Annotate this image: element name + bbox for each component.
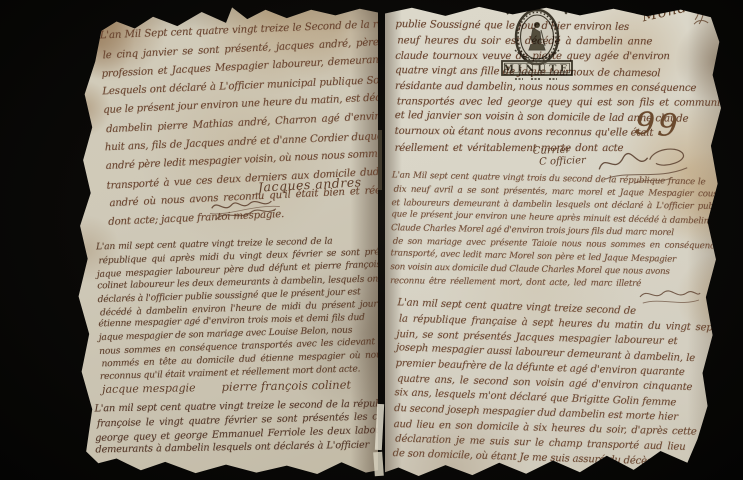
death-record-entry-2: L'an mil sept cent quatre vingt treize l…: [96, 234, 378, 384]
right-page: Mond publie Soussigné que le jour d'hier…: [385, 4, 721, 477]
folio-number: 99: [634, 105, 682, 144]
signature-jacque-mespagie: jacque mespagie: [102, 381, 196, 396]
signature-pierre-francois-colinet: pierre françois colinet: [221, 378, 351, 394]
officer-signature: Currier C officier: [533, 144, 586, 168]
stamp-label: MINUTE: [503, 64, 570, 75]
gutter-shadow: [378, 130, 382, 190]
torn-page-fragment: [375, 404, 384, 450]
death-record-entry-3: L'an mil sept cent quatre vingt treize l…: [94, 397, 377, 459]
manuscript-line: demeurants à dambelin lesquels ont décla…: [95, 439, 377, 458]
officer-signature-title: C officier: [533, 155, 586, 168]
archival-scan: L'an Mil Sept cent quatre vingt treize l…: [0, 0, 743, 480]
death-record-entry-5: L'an Mil sept cent quatre vingt trois du…: [390, 170, 716, 293]
torn-page-fragment: [373, 452, 384, 477]
signature-paraph-icon: [205, 192, 285, 229]
death-record-entry-6: L'an mil sept cent quatre vingt treize s…: [392, 296, 715, 471]
fiscal-stamp-icon: MINUTE: [493, 6, 581, 84]
left-page: L'an Mil Sept cent quatre vingt treize l…: [74, 5, 378, 475]
